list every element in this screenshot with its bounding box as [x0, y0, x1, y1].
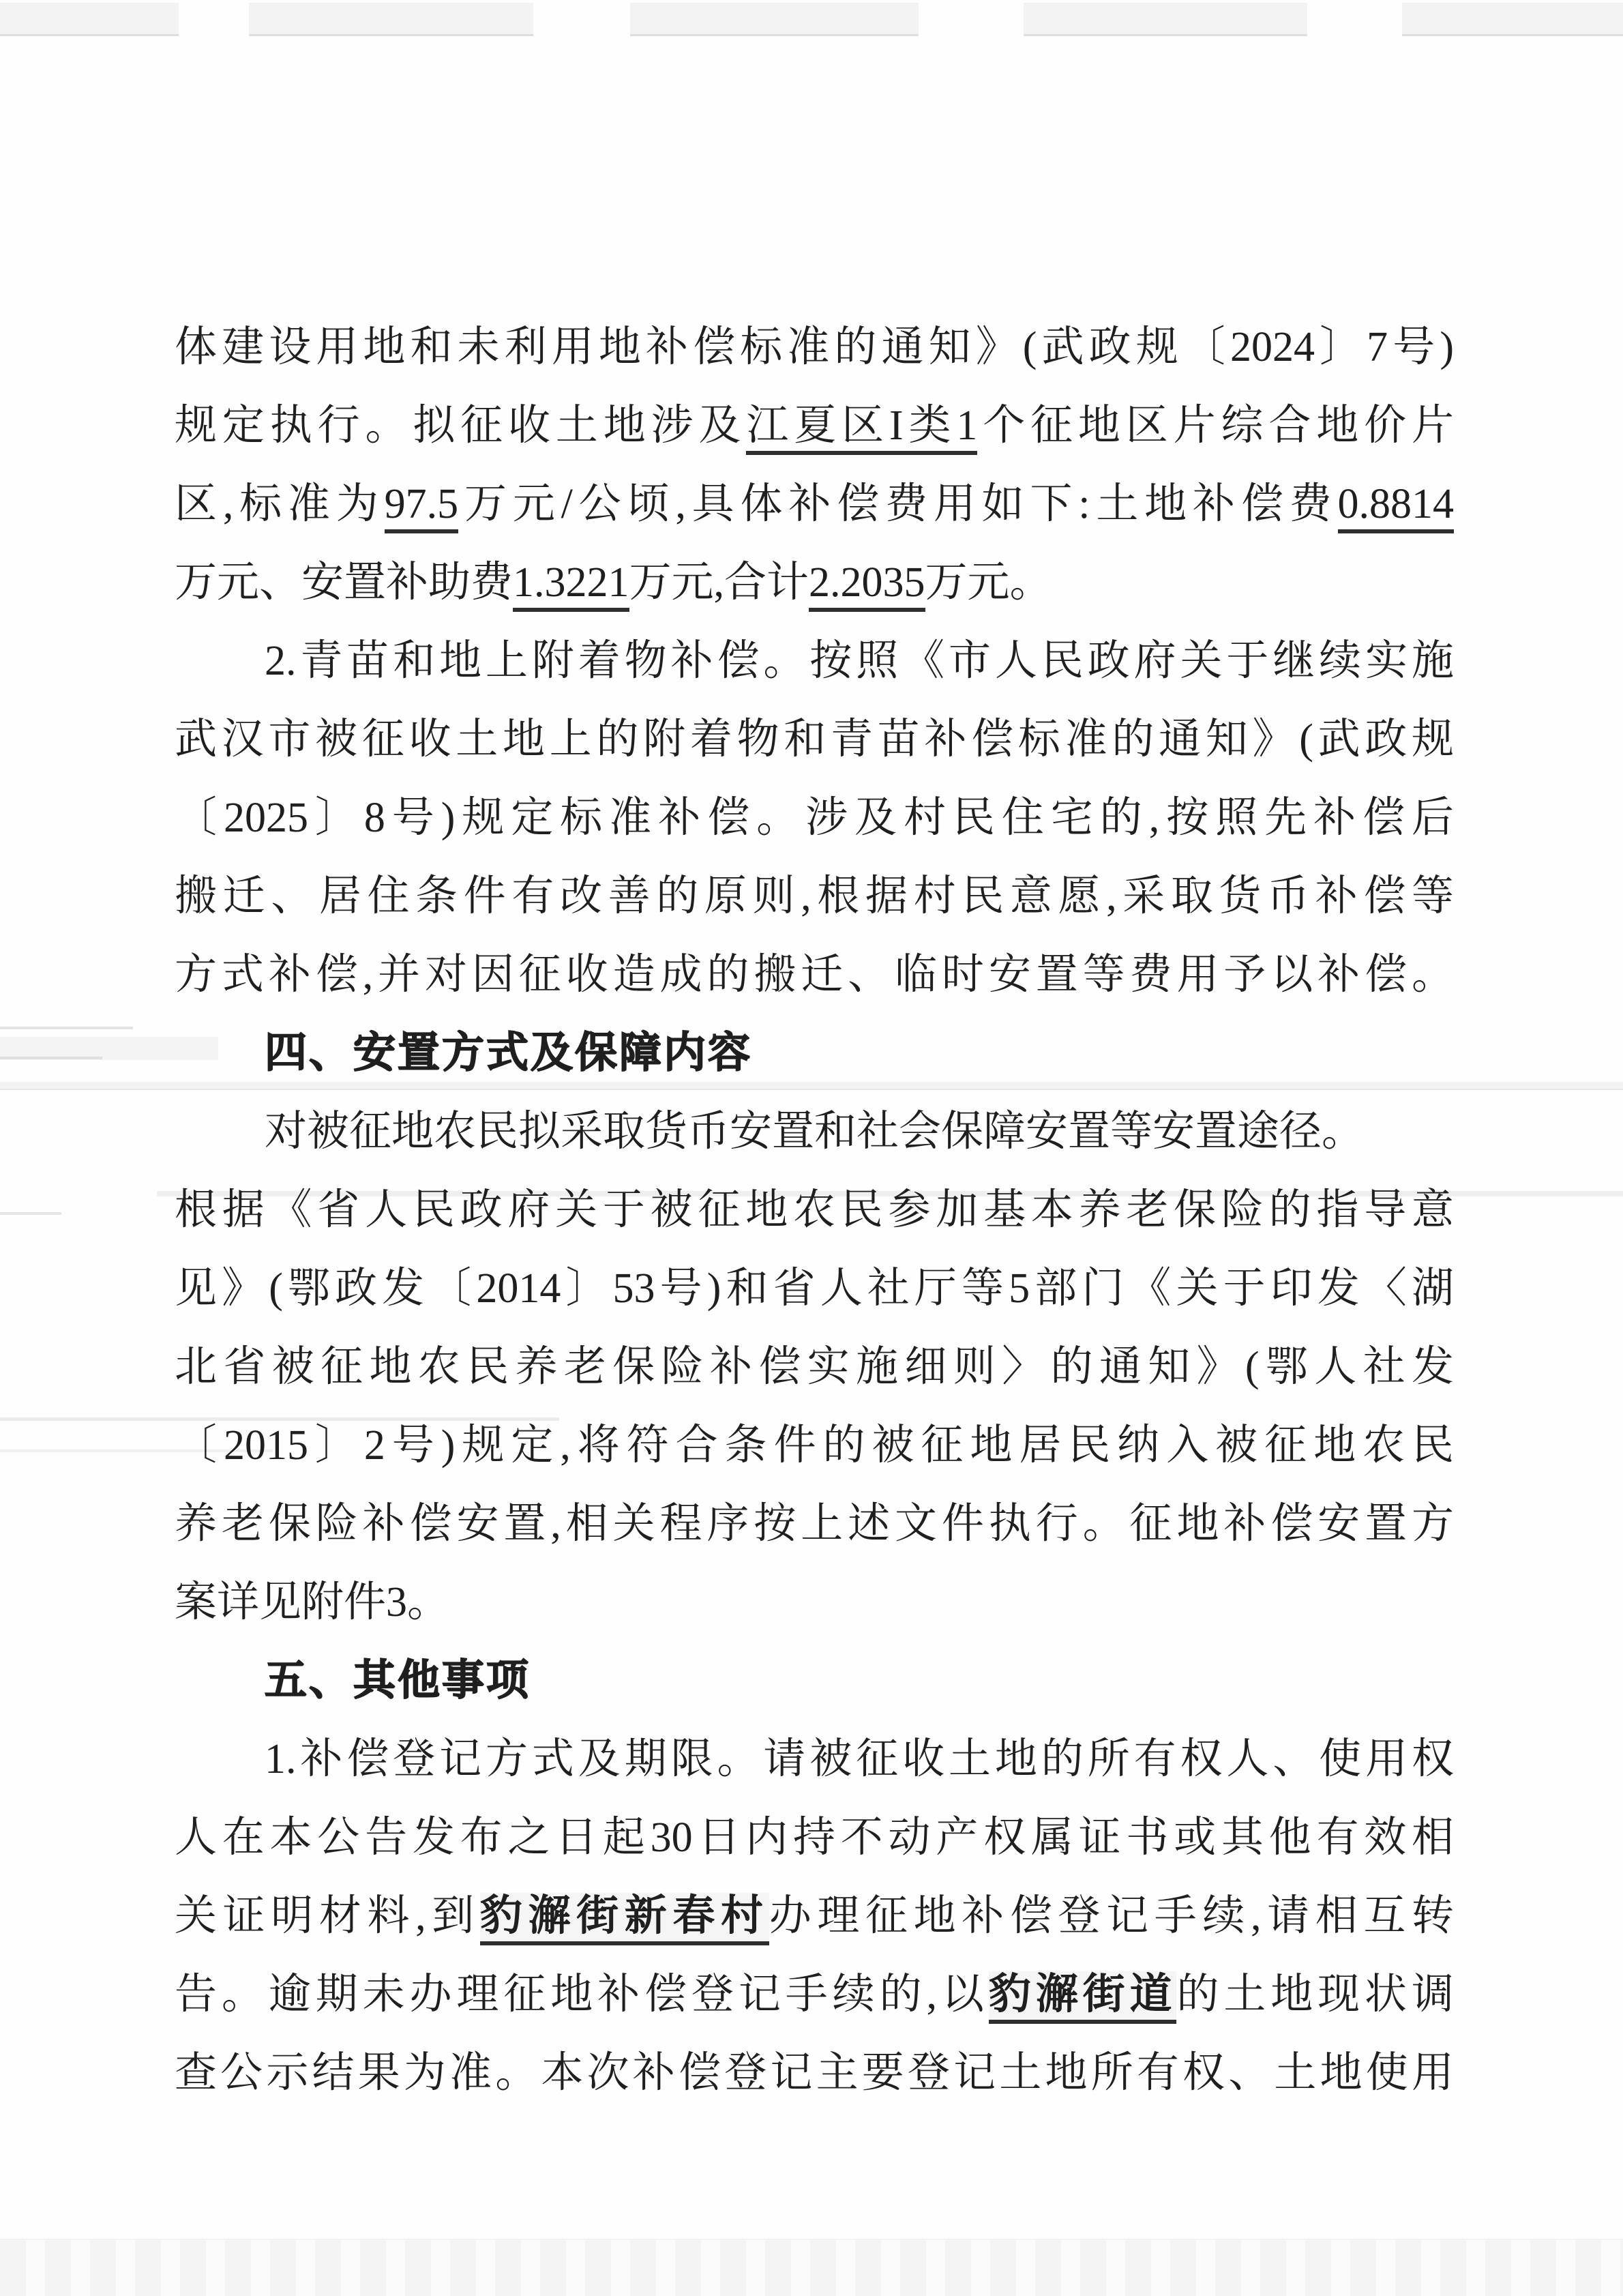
text-line: 〔2025〕8号)规定标准补偿。涉及村民住宅的,按照先补偿后: [175, 779, 1454, 857]
text-line: 人在本公告发布之日起30日内持不动产权属证书或其他有效相: [175, 1799, 1454, 1877]
text-segment: 〔2025〕8号)规定标准补偿。涉及村民住宅的,按照先补偿后: [175, 795, 1454, 841]
text-segment: 万元/公顷,具体补偿费用如下:土地补偿费: [458, 481, 1337, 527]
text-line: 关证明材料,到豹澥街新春村办理征地补偿登记手续,请相互转: [175, 1877, 1454, 1956]
document-body: 体建设用地和未利用地补偿标准的通知》(武政规〔2024〕7号)规定执行。拟征收土…: [175, 308, 1454, 2113]
scan-artifact: [0, 2239, 1623, 2296]
text-line: 规定执行。拟征收土地涉及江夏区I类1个征地区片综合地价片: [175, 387, 1454, 465]
document-page: 体建设用地和未利用地补偿标准的通知》(武政规〔2024〕7号)规定执行。拟征收土…: [0, 0, 1623, 2296]
filled-blank: 2.2035: [809, 559, 925, 612]
text-segment: 四、安置方式及保障内容: [265, 1030, 752, 1076]
text-line: 〔2015〕2号)规定,将符合条件的被征地居民纳入被征地农民: [175, 1407, 1454, 1485]
text-segment: 养老保险补偿安置,相关程序按上述文件执行。征地补偿安置方: [175, 1501, 1454, 1547]
text-segment: 办理征地补偿登记手续,请相互转: [769, 1893, 1454, 1939]
filled-blank: 豹澥街道: [989, 1971, 1177, 2024]
text-line: 养老保险补偿安置,相关程序按上述文件执行。征地补偿安置方: [175, 1485, 1454, 1563]
text-segment: 万元、安置补助费: [175, 559, 513, 606]
scan-artifact: [0, 3, 179, 36]
text-segment: 见》(鄂政发〔2014〕53号)和省人社厅等5部门《关于印发〈湖: [175, 1265, 1454, 1312]
text-line: 北省被征地农民养老保险补偿实施细则〉的通知》(鄂人社发: [175, 1328, 1454, 1407]
text-segment: 2.青苗和地上附着物补偿。按照《市人民政府关于继续实施: [265, 638, 1454, 684]
text-segment: 方式补偿,并对因征收造成的搬迁、临时安置等费用予以补偿。: [175, 952, 1454, 998]
text-segment: 武汉市被征收土地上的附着物和青苗补偿标准的通知》(武政规: [175, 716, 1454, 763]
text-segment: 搬迁、居住条件有改善的原则,根据村民意愿,采取货币补偿等: [175, 873, 1454, 919]
text-segment: 〔2015〕2号)规定,将符合条件的被征地居民纳入被征地农民: [175, 1422, 1454, 1469]
text-line: 对被征地农民拟采取货币安置和社会保障安置等安置途径。: [175, 1093, 1454, 1171]
text-segment: 对被征地农民拟采取货币安置和社会保障安置等安置途径。: [265, 1108, 1364, 1155]
text-segment: 告。逾期未办理征地补偿登记手续的,以: [175, 1971, 989, 2018]
text-line: 武汉市被征收土地上的附着物和青苗补偿标准的通知》(武政规: [175, 701, 1454, 779]
text-line: 根据《省人民政府关于被征地农民参加基本养老保险的指导意: [175, 1171, 1454, 1250]
text-segment: 区,标准为: [175, 481, 385, 527]
scan-artifact: [1024, 3, 1307, 36]
scan-artifact: [0, 1027, 133, 1029]
text-segment: 万元。: [925, 559, 1052, 606]
text-line: 查公示结果为准。本次补偿登记主要登记土地所有权、土地使用: [175, 2034, 1454, 2113]
text-line: 2.青苗和地上附着物补偿。按照《市人民政府关于继续实施: [175, 622, 1454, 701]
text-segment: 规定执行。拟征收土地涉及: [175, 402, 746, 449]
text-segment: 案详见附件3。: [175, 1579, 449, 1625]
filled-blank: 97.5: [385, 481, 459, 533]
scan-artifact: [249, 3, 533, 36]
scan-artifact: [0, 1212, 61, 1215]
section-heading: 四、安置方式及保障内容: [175, 1014, 1454, 1093]
text-segment: 1.补偿登记方式及期限。请被征收土地的所有权人、使用权: [265, 1736, 1454, 1782]
text-line: 告。逾期未办理征地补偿登记手续的,以豹澥街道的土地现状调: [175, 1956, 1454, 2034]
text-segment: 北省被征地农民养老保险补偿实施细则〉的通知》(鄂人社发: [175, 1344, 1454, 1390]
text-line: 区,标准为97.5万元/公顷,具体补偿费用如下:土地补偿费0.8814: [175, 465, 1454, 544]
text-line: 万元、安置补助费1.3221万元,合计2.2035万元。: [175, 544, 1454, 622]
scan-artifact: [0, 1057, 102, 1059]
text-segment: 五、其他事项: [265, 1658, 531, 1704]
section-heading: 五、其他事项: [175, 1642, 1454, 1720]
text-segment: 人在本公告发布之日起30日内持不动产权属证书或其他有效相: [175, 1814, 1454, 1861]
text-line: 搬迁、居住条件有改善的原则,根据村民意愿,采取货币补偿等: [175, 857, 1454, 936]
filled-blank: 0.8814: [1338, 481, 1455, 533]
text-line: 方式补偿,并对因征收造成的搬迁、临时安置等费用予以补偿。: [175, 936, 1454, 1014]
text-segment: 查公示结果为准。本次补偿登记主要登记土地所有权、土地使用: [175, 2050, 1454, 2096]
text-line: 见》(鄂政发〔2014〕53号)和省人社厅等5部门《关于印发〈湖: [175, 1250, 1454, 1328]
text-line: 案详见附件3。: [175, 1563, 1454, 1642]
text-line: 体建设用地和未利用地补偿标准的通知》(武政规〔2024〕7号): [175, 308, 1454, 387]
filled-blank: 豹澥街新春村: [480, 1893, 769, 1945]
text-segment: 根据《省人民政府关于被征地农民参加基本养老保险的指导意: [175, 1187, 1454, 1233]
text-segment: 万元,合计: [629, 559, 809, 606]
scan-artifact: [630, 3, 919, 36]
text-line: 1.补偿登记方式及期限。请被征收土地的所有权人、使用权: [175, 1720, 1454, 1799]
text-segment: 关证明材料,到: [175, 1893, 480, 1939]
text-segment: 个征地区片综合地价片: [977, 402, 1454, 449]
text-segment: 体建设用地和未利用地补偿标准的通知》(武政规〔2024〕7号): [175, 324, 1454, 370]
text-segment: 的土地现状调: [1176, 1971, 1454, 2018]
filled-blank: 1.3221: [513, 559, 629, 612]
filled-blank: 江夏区I类1: [746, 402, 977, 455]
scan-artifact: [1402, 3, 1623, 36]
